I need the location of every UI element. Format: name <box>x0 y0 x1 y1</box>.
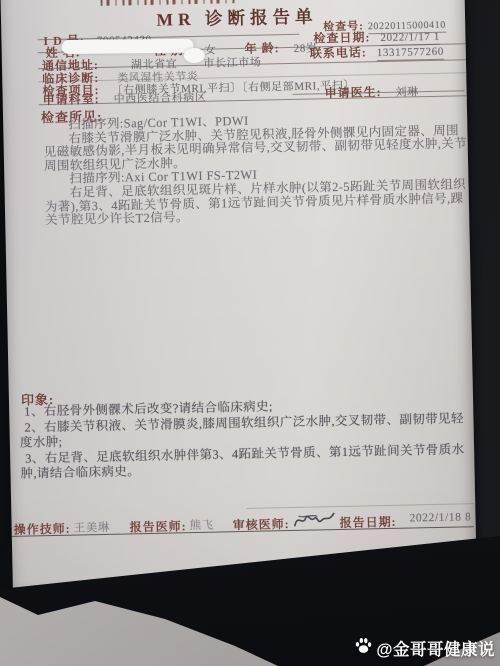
report-date-value: 2022/1/18 8 <box>409 511 471 524</box>
phone-label: 联系电话: <box>310 45 367 60</box>
findings-body: 扫描序列:Sag/Cor T1WI、PDWI 右膝关节滑膜广泛水肿、关节腔见积液… <box>43 110 471 228</box>
req-dept-label: 申请科室: <box>43 92 100 107</box>
impression-body: 1、右胫骨外侧髁术后改变?请结合临床病史; 2、右膝关节积液、关节滑膜炎,膝周围… <box>19 395 469 482</box>
reviewer-signature <box>290 506 339 538</box>
name-redaction-blob <box>62 39 194 54</box>
paw-icon <box>354 636 373 660</box>
watermark-text: @金哥哥健康说 <box>376 636 495 660</box>
findings-paragraph: 右足背、足底软组织见斑片样、片样水肿(以第2-5跖趾关节周围软组织为著),第3、… <box>45 178 472 228</box>
photo-scene: MR 诊断报告单 检查号: 20220115000410 I D 号: 7005… <box>0 0 500 666</box>
phone-value: 13317577260 <box>377 46 444 61</box>
report-title: MR 诊断报告单 <box>149 3 325 32</box>
req-dept-value: 中西医结合科病区 <box>114 92 207 106</box>
watermark: @金哥哥健康说 <box>354 636 495 660</box>
divider <box>246 503 474 509</box>
report-paper: MR 诊断报告单 检查号: 20220115000410 I D 号: 7005… <box>0 0 477 590</box>
report-doctor-value: 熊飞 <box>189 517 214 534</box>
